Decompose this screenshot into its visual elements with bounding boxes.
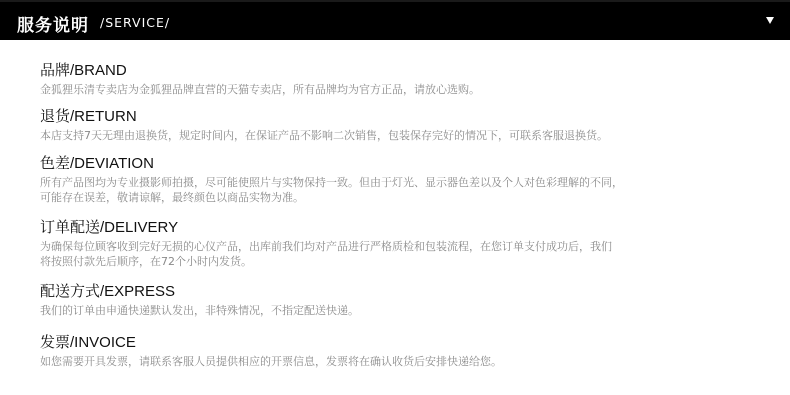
section-brand: 品牌/BRAND 金狐狸乐清专卖店为金狐狸品牌直营的天猫专卖店，所有品牌均为官方… [40, 62, 760, 97]
section-description-line: 所有产品图均为专业摄影师拍摄，尽可能使照片与实物保持一致。但由于灯光、显示器色差… [40, 175, 760, 190]
section-invoice: 发票/INVOICE 如您需要开具发票，请联系客服人员提供相应的开票信息，发票将… [40, 334, 760, 369]
section-description-line: 将按照付款先后顺序，在72个小时内发货。 [40, 254, 760, 269]
section-title: 订单配送/DELIVERY [40, 219, 760, 237]
section-description-line: 为确保每位顾客收到完好无损的心仪产品，出库前我们均对产品进行严格质检和包装流程，… [40, 239, 760, 254]
section-title: 配送方式/EXPRESS [40, 283, 760, 301]
section-description: 如您需要开具发票，请联系客服人员提供相应的开票信息，发票将在确认收货后安排快递给… [40, 354, 760, 369]
header-title: 服务说明 [17, 11, 89, 36]
section-description-line: 可能存在误差，敬请谅解，最终颜色以商品实物为准。 [40, 190, 760, 205]
section-delivery: 订单配送/DELIVERY 为确保每位顾客收到完好无损的心仪产品，出库前我们均对… [40, 219, 760, 269]
header-subtitle: /SERVICE/ [100, 15, 170, 30]
section-description: 本店支持7天无理由退换货，规定时间内，在保证产品不影响二次销售，包装保存完好的情… [40, 128, 760, 143]
header-bar: 服务说明 /SERVICE/ [0, 0, 790, 40]
section-return: 退货/RETURN 本店支持7天无理由退换货，规定时间内，在保证产品不影响二次销… [40, 108, 760, 143]
section-description: 我们的订单由申通快递默认发出，非特殊情况，不指定配送快递。 [40, 303, 760, 318]
caret-down-icon[interactable] [766, 17, 774, 24]
section-express: 配送方式/EXPRESS 我们的订单由申通快递默认发出，非特殊情况，不指定配送快… [40, 283, 760, 318]
section-title: 发票/INVOICE [40, 334, 760, 352]
section-description: 金狐狸乐清专卖店为金狐狸品牌直营的天猫专卖店，所有品牌均为官方正品，请放心选购。 [40, 82, 760, 97]
section-title: 色差/DEVIATION [40, 155, 760, 173]
section-deviation: 色差/DEVIATION 所有产品图均为专业摄影师拍摄，尽可能使照片与实物保持一… [40, 155, 760, 205]
section-title: 退货/RETURN [40, 108, 760, 126]
section-title: 品牌/BRAND [40, 62, 760, 80]
